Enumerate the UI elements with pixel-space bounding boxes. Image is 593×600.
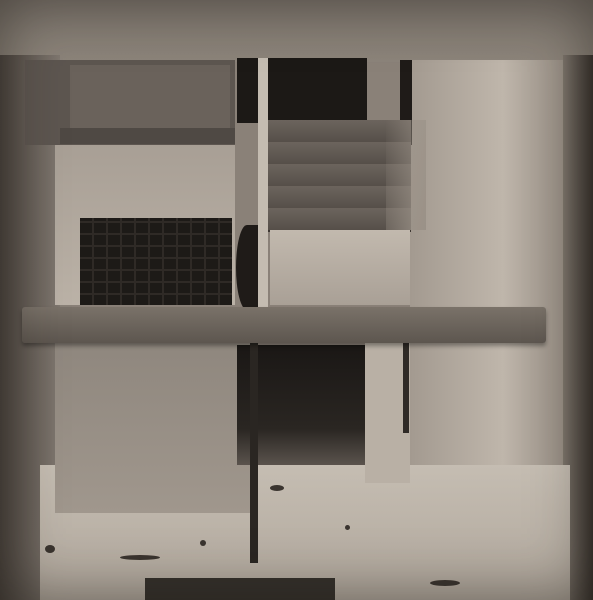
vertical-post [258,58,268,308]
upper-dark-opening [237,58,367,123]
floor-shadow [145,578,335,600]
horizontal-beam [22,307,546,343]
debris [45,545,55,553]
lower-post-right [403,343,409,433]
debris [120,555,160,560]
debris [200,540,206,546]
lower-post [250,343,258,563]
middle-landing [270,230,410,305]
debris [345,525,350,530]
stair-stringer [386,120,426,230]
debris [270,485,284,491]
arched-opening [236,225,258,310]
debris [430,580,460,586]
stairwell-photo [0,0,593,600]
lower-left-wall [55,343,250,513]
grid-window [80,218,232,305]
upper-left-sill [60,128,235,144]
ceiling [0,0,593,62]
upper-left-window [70,65,230,130]
